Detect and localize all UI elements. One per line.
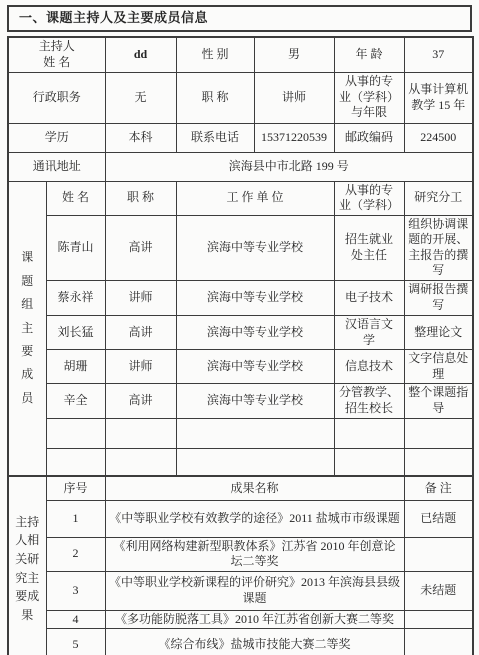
member-division-cell: 调研报告撰 写 — [404, 281, 473, 316]
member-name-cell — [46, 448, 105, 476]
achievement-row: 4 《多功能防脱落工具》2010 年江苏省创新大赛二等奖 — [8, 610, 473, 629]
member-unit-cell: 滨海中等专业学校 — [176, 281, 334, 316]
member-unit-header: 工 作 单 位 — [176, 181, 334, 215]
phone-label: 联系电话 — [176, 123, 254, 152]
age-value: 37 — [404, 37, 473, 72]
phone-value: 15371220539 — [254, 123, 334, 152]
member-title-cell: 高讲 — [105, 384, 176, 418]
member-unit-cell: 滨海中等专业学校 — [176, 316, 334, 350]
title-value: 讲师 — [254, 72, 334, 123]
member-title-cell: 讲师 — [105, 350, 176, 384]
education-value: 本科 — [105, 123, 176, 152]
leader-row-3: 学历 本科 联系电话 15371220539 邮政编码 224500 — [8, 123, 473, 152]
gender-value: 男 — [254, 37, 334, 72]
members-header-row: 课题组主要成员 姓 名 职 称 工 作 单 位 从事的专 业（学科） 研究分工 — [8, 181, 473, 215]
achievement-name-cell: 《中等职业学校新课程的评价研究》2013 年滨海县县级课题 — [105, 571, 404, 610]
achievement-name-cell: 《多功能防脱落工具》2010 年江苏省创新大赛二等奖 — [105, 610, 404, 629]
member-row: 胡珊 讲师 滨海中等专业学校 信息技术 文字信息处 理 — [8, 350, 473, 384]
achievement-row: 1 《中等职业学校有效教学的途径》2011 盐城市市级课题 已结题 — [8, 500, 473, 537]
achievement-name-header: 成果名称 — [105, 476, 404, 500]
achievement-row: 3 《中等职业学校新课程的评价研究》2013 年滨海县县级课题 未结题 — [8, 571, 473, 610]
achievement-note-cell: 已结题 — [404, 500, 473, 537]
achievement-name-cell: 《利用网络构建新型职教体系》江苏省 2010 年创意论坛二等奖 — [105, 537, 404, 571]
field-label: 从事的专 业（学科） 与年限 — [334, 72, 404, 123]
member-name-header: 姓 名 — [46, 181, 105, 215]
info-table: 主持人 姓 名 dd 性 别 男 年 龄 37 行政职务 无 职 称 讲师 从事… — [7, 36, 474, 655]
title-label: 职 称 — [176, 72, 254, 123]
member-name-cell: 刘长猛 — [46, 316, 105, 350]
members-section-cell: 课题组主要成员 — [8, 181, 46, 476]
member-field-cell: 分管教学、 招生校长 — [334, 384, 404, 418]
member-row: 陈青山 高讲 滨海中等专业学校 招生就业 处主任 组织协调课 题的开展、 主报告… — [8, 215, 473, 280]
address-label: 通讯地址 — [8, 152, 105, 181]
members-section-label: 课题组主要成员 — [21, 246, 34, 410]
member-division-cell: 整个课题指 导 — [404, 384, 473, 418]
education-label: 学历 — [8, 123, 105, 152]
member-division-cell — [404, 448, 473, 476]
leader-name-value: dd — [105, 37, 176, 72]
gender-label: 性 别 — [176, 37, 254, 72]
leader-row-1: 主持人 姓 名 dd 性 别 男 年 龄 37 — [8, 37, 473, 72]
member-field-header: 从事的专 业（学科） — [334, 181, 404, 215]
member-title-cell: 高讲 — [105, 316, 176, 350]
achievement-no-cell: 1 — [46, 500, 105, 537]
admin-label: 行政职务 — [8, 72, 105, 123]
member-name-cell: 蔡永祥 — [46, 281, 105, 316]
member-unit-cell: 滨海中等专业学校 — [176, 215, 334, 280]
member-field-cell: 招生就业 处主任 — [334, 215, 404, 280]
member-name-cell: 辛全 — [46, 384, 105, 418]
member-row: 蔡永祥 讲师 滨海中等专业学校 电子技术 调研报告撰 写 — [8, 281, 473, 316]
member-title-header: 职 称 — [105, 181, 176, 215]
member-field-cell — [334, 448, 404, 476]
member-division-cell: 整理论文 — [404, 316, 473, 350]
leader-row-2: 行政职务 无 职 称 讲师 从事的专 业（学科） 与年限 从事计算机 教学 15… — [8, 72, 473, 123]
achievement-name-cell: 《综合布线》盐城市技能大赛二等奖 — [105, 629, 404, 655]
member-row-empty — [8, 448, 473, 476]
achievement-note-cell — [404, 537, 473, 571]
member-title-cell: 讲师 — [105, 281, 176, 316]
zip-value: 224500 — [404, 123, 473, 152]
achievements-header-row: 主持人相关研究主要成果 序号 成果名称 备 注 — [8, 476, 473, 500]
leader-row-4: 通讯地址 滨海县中市北路 199 号 — [8, 152, 473, 181]
member-row: 刘长猛 高讲 滨海中等专业学校 汉语言文 学 整理论文 — [8, 316, 473, 350]
achievement-no-cell: 5 — [46, 629, 105, 655]
member-field-cell: 信息技术 — [334, 350, 404, 384]
member-division-cell: 文字信息处 理 — [404, 350, 473, 384]
achievement-no-cell: 3 — [46, 571, 105, 610]
zip-label: 邮政编码 — [334, 123, 404, 152]
member-division-cell — [404, 418, 473, 448]
achievement-note-cell — [404, 610, 473, 629]
achievement-row: 5 《综合布线》盐城市技能大赛二等奖 — [8, 629, 473, 655]
member-name-cell — [46, 418, 105, 448]
member-division-header: 研究分工 — [404, 181, 473, 215]
member-unit-cell — [176, 448, 334, 476]
member-unit-cell — [176, 418, 334, 448]
member-unit-cell: 滨海中等专业学校 — [176, 350, 334, 384]
section-title: 一、课题主持人及主要成员信息 — [9, 10, 208, 27]
field-value: 从事计算机 教学 15 年 — [404, 72, 473, 123]
member-title-cell — [105, 448, 176, 476]
section-title-box: 一、课题主持人及主要成员信息 — [7, 5, 472, 32]
achievement-note-header: 备 注 — [404, 476, 473, 500]
member-division-cell: 组织协调课 题的开展、 主报告的撰 写 — [404, 215, 473, 280]
achievements-section-label: 主持人相关研究主要成果 — [15, 513, 40, 625]
age-label: 年 龄 — [334, 37, 404, 72]
achievement-row: 2 《利用网络构建新型职教体系》江苏省 2010 年创意论坛二等奖 — [8, 537, 473, 571]
achievement-note-cell: 未结题 — [404, 571, 473, 610]
achievement-no-cell: 2 — [46, 537, 105, 571]
member-row-empty — [8, 418, 473, 448]
leader-name-label: 主持人 姓 名 — [8, 37, 105, 72]
member-field-cell — [334, 418, 404, 448]
member-name-cell: 陈青山 — [46, 215, 105, 280]
member-field-cell: 汉语言文 学 — [334, 316, 404, 350]
achievement-name-cell: 《中等职业学校有效教学的途径》2011 盐城市市级课题 — [105, 500, 404, 537]
member-field-cell: 电子技术 — [334, 281, 404, 316]
achievements-section-cell: 主持人相关研究主要成果 — [8, 476, 46, 655]
member-row: 辛全 高讲 滨海中等专业学校 分管教学、 招生校长 整个课题指 导 — [8, 384, 473, 418]
member-title-cell — [105, 418, 176, 448]
achievement-no-cell: 4 — [46, 610, 105, 629]
member-name-cell: 胡珊 — [46, 350, 105, 384]
achievement-note-cell — [404, 629, 473, 655]
member-unit-cell: 滨海中等专业学校 — [176, 384, 334, 418]
member-title-cell: 高讲 — [105, 215, 176, 280]
achievement-no-header: 序号 — [46, 476, 105, 500]
admin-value: 无 — [105, 72, 176, 123]
address-value: 滨海县中市北路 199 号 — [105, 152, 473, 181]
